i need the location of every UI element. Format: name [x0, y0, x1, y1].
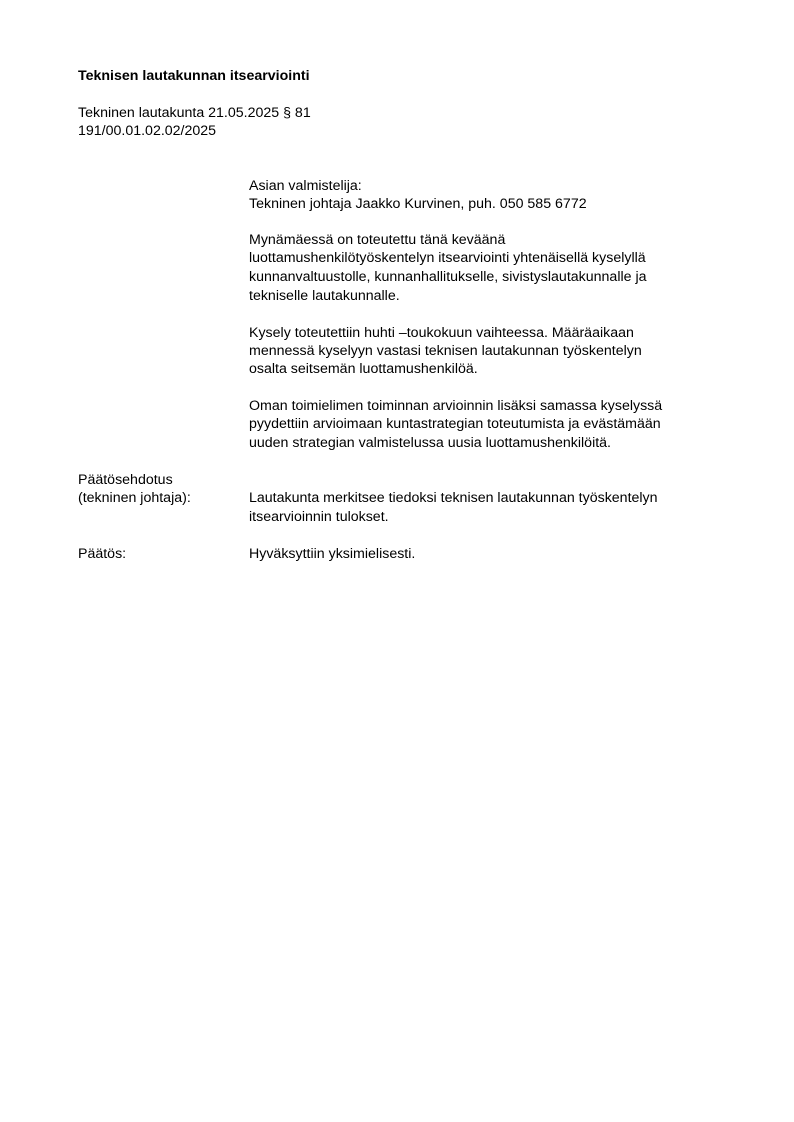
- proposal-label-sub: (tekninen johtaja):: [78, 489, 191, 507]
- paragraph-line: osalta seitsemän luottamushenkilöä.: [249, 360, 478, 378]
- paragraph-line: Kysely toteutettiin huhti –toukokuun vai…: [249, 324, 634, 342]
- decision-text: Hyväksyttiin yksimielisesti.: [249, 545, 415, 563]
- meeting-line: Tekninen lautakunta 21.05.2025 § 81: [78, 104, 311, 122]
- proposal-label: Päätösehdotus: [78, 471, 173, 489]
- reference-number: 191/00.01.02.02/2025: [78, 122, 216, 140]
- paragraph-line: tekniselle lautakunnalle.: [249, 287, 400, 305]
- paragraph-line: Mynämäessä on toteutettu tänä keväänä: [249, 231, 505, 249]
- paragraph-line: kunnanvaltuustolle, kunnanhallitukselle,…: [249, 268, 647, 286]
- document-title: Teknisen lautakunnan itsearviointi: [78, 67, 310, 85]
- paragraph-line: Oman toimielimen toiminnan arvioinnin li…: [249, 397, 662, 415]
- paragraph-line: uuden strategian valmistelussa uusia luo…: [249, 434, 611, 452]
- paragraph-line: luottamushenkilötyöskentelyn itsearvioin…: [249, 249, 646, 267]
- preparer: Tekninen johtaja Jaakko Kurvinen, puh. 0…: [249, 195, 587, 213]
- proposal-line: itsearvioinnin tulokset.: [249, 508, 389, 526]
- paragraph-line: pyydettiin arvioimaan kuntastrategian to…: [249, 415, 661, 433]
- paragraph-line: mennessä kyselyyn vastasi teknisen lauta…: [249, 342, 642, 360]
- proposal-line: Lautakunta merkitsee tiedoksi teknisen l…: [249, 489, 658, 507]
- decision-label: Päätös:: [78, 545, 126, 563]
- preparer-label: Asian valmistelija:: [249, 177, 362, 195]
